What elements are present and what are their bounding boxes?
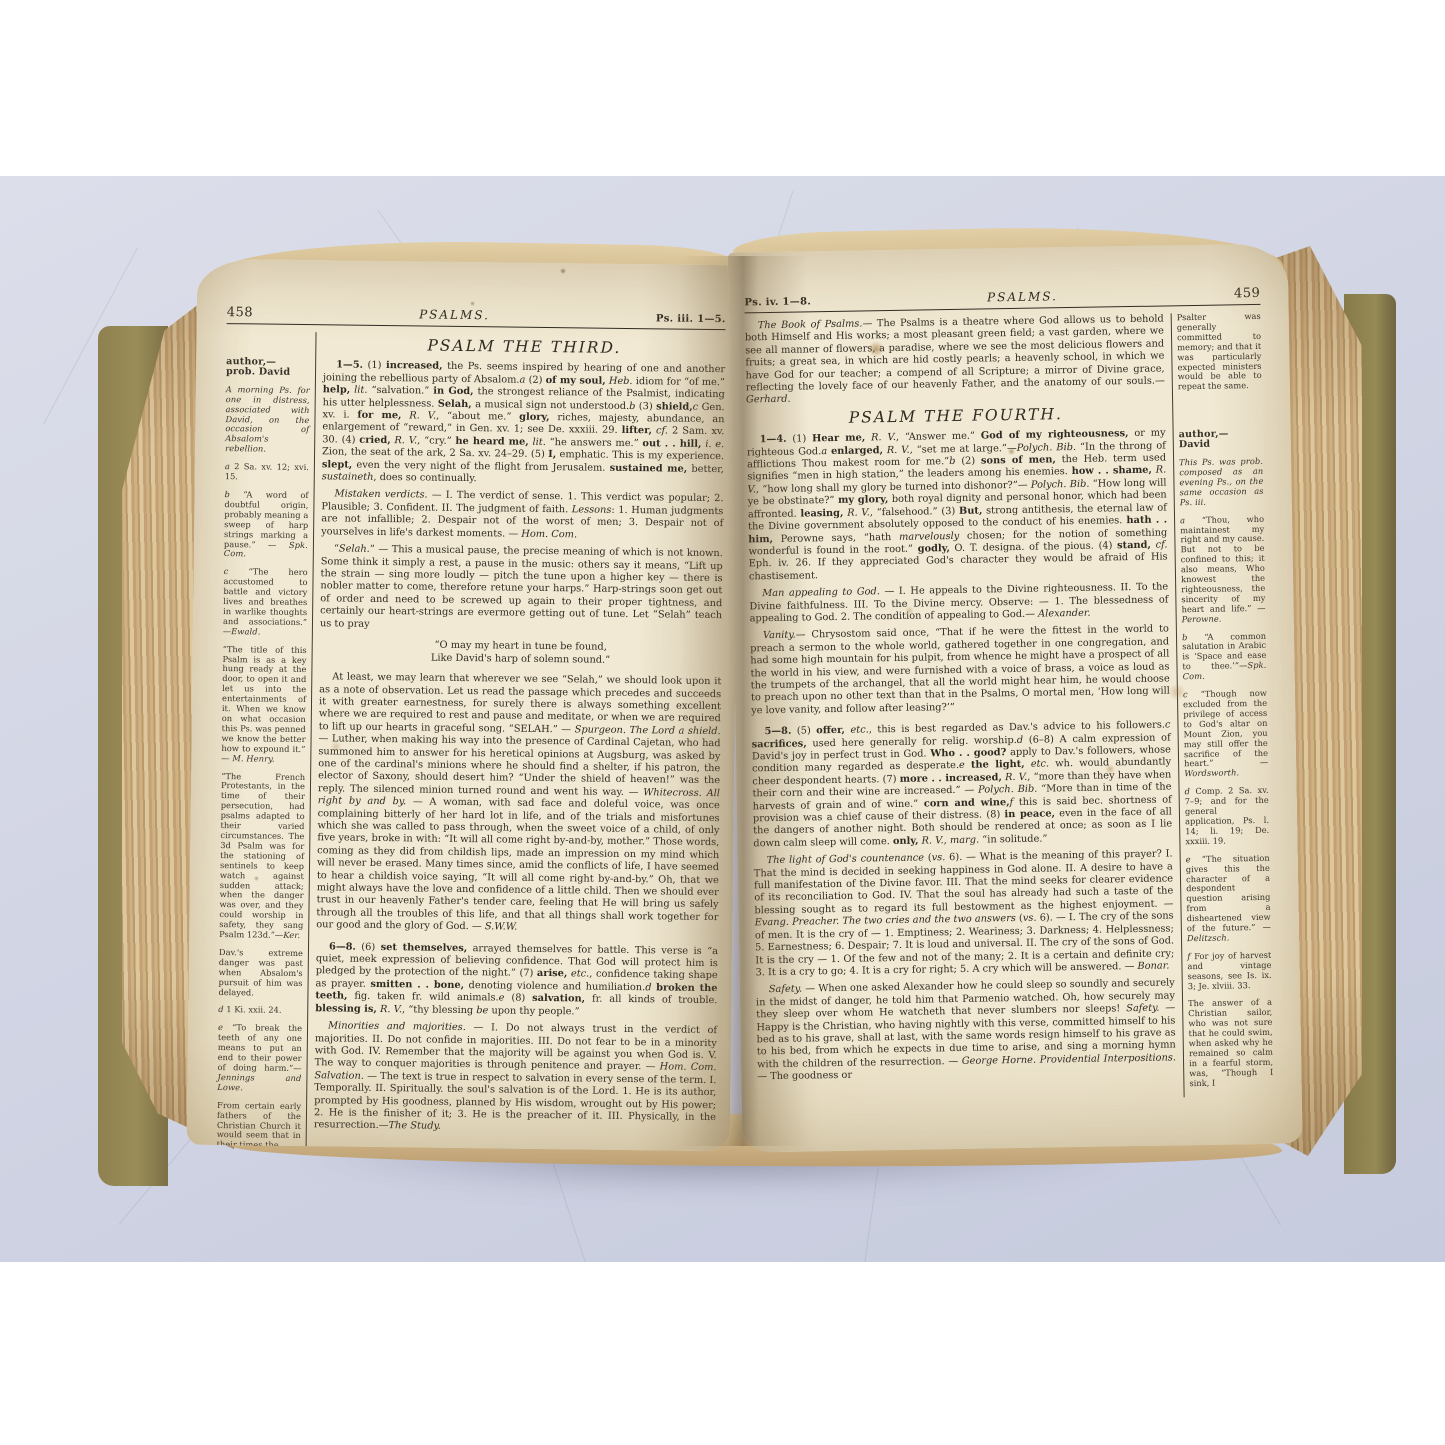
- commentary-paragraph: 6—8. (6) set themselves, arrayed themsel…: [315, 941, 718, 1020]
- margin-note: c “The hero accustomed to battle and vic…: [223, 567, 308, 637]
- margin-note: This Ps. was prob. composed as an evenin…: [1179, 457, 1264, 508]
- right-page: Ps. iv. 1—8. PSALMS. 459 The Book of Psa…: [728, 243, 1303, 1152]
- hymn-couplet: “O may my heart in tune be found, Like D…: [319, 638, 721, 668]
- commentary-paragraph: The light of God's countenance (vs. 6). …: [754, 849, 1175, 980]
- commentary-paragraph: 1—5. (1) increased, the Ps. seems inspir…: [322, 360, 725, 489]
- margin-note: The answer of a Christian sailor, who wa…: [1188, 998, 1273, 1089]
- margin-note: b “A common salutation in Arabic is ‘Spa…: [1182, 631, 1267, 682]
- page-number: 459: [1234, 286, 1261, 301]
- margin-note: f For joy of harvest and vintage seasons…: [1187, 951, 1272, 992]
- margin-note: d Comp. 2 Sa. xv. 7–9; and for the gener…: [1185, 786, 1270, 847]
- left-page-main-text: PSALM THE THIRD. 1—5. (1) increased, the…: [306, 332, 725, 1151]
- psalm-title-third: PSALM THE THIRD.: [323, 338, 725, 355]
- commentary-paragraph: Safety. — When one asked Alexander how h…: [756, 978, 1177, 1084]
- commentary-paragraph: Mistaken verdicts. — I. The verdict of s…: [321, 489, 724, 544]
- margin-note: c “Though now excluded from the privileg…: [1183, 689, 1268, 780]
- left-page: 458 PSALMS. Ps. iii. 1—5. author,—prob. …: [187, 259, 741, 1152]
- right-page-margin-notes: Psalter was generally committed to memor…: [1172, 312, 1274, 1097]
- commentary-paragraph: Minorities and majorities. — I. Do not a…: [314, 1020, 717, 1137]
- margin-note: e “To break the teeth of any one means t…: [217, 1023, 302, 1093]
- margin-note: e “The situation gives this the characte…: [1186, 853, 1271, 944]
- commentary-paragraph: “Selah.” — This a musical pause, the pre…: [320, 543, 723, 635]
- margin-note: From certain early fathers of the Christ…: [217, 1101, 302, 1152]
- margin-note: b “A word of doubtful origin, probably m…: [224, 490, 309, 560]
- psalm-title-fourth: PSALM THE FOURTH.: [746, 406, 1165, 425]
- margin-note: A morning Ps. for one in distress, assoc…: [225, 385, 310, 455]
- running-title: PSALMS.: [987, 289, 1058, 304]
- margin-note: a “Thou, who maintainest my right and my…: [1180, 514, 1266, 624]
- commentary-paragraph: Vanity.— Chrysostom said once, “That if …: [750, 624, 1170, 718]
- margin-note: a 2 Sa. xv. 12; xvi. 15.: [225, 462, 309, 483]
- section-ref: Ps. iii. 1—5.: [656, 313, 726, 325]
- margin-note: Dav.'s extreme danger was past when Absa…: [218, 948, 303, 999]
- section-ref: Ps. iv. 1—8.: [744, 296, 811, 308]
- commentary-paragraph: 5—8. (5) offer, etc., this is best regar…: [751, 720, 1172, 851]
- margin-note: Psalter was generally committed to memor…: [1177, 312, 1262, 393]
- margin-note: “The title of this Psalm is as a key hun…: [221, 645, 306, 765]
- margin-note-author: author,—prob. David: [226, 357, 310, 378]
- running-title: PSALMS.: [419, 307, 490, 322]
- margin-note-author: author,—David: [1179, 429, 1263, 450]
- commentary-paragraph: 1—4. (1) Hear me, R. V., “Answer me.” Go…: [747, 428, 1168, 584]
- page-number: 458: [227, 305, 254, 320]
- margin-note: “The French Protestants, in the time of …: [219, 772, 305, 941]
- commentary-paragraph: Man appealing to God. — I. He appeals to…: [749, 582, 1169, 626]
- left-page-margin-notes: author,—prob. David A morning Ps. for on…: [216, 331, 315, 1151]
- photo-background: 458 PSALMS. Ps. iii. 1—5. author,—prob. …: [0, 176, 1445, 1262]
- margin-note: d 1 Ki. xxii. 24.: [218, 1005, 302, 1016]
- book-of-psalms-intro: The Book of Psalms.— The Psalms is a the…: [745, 313, 1165, 407]
- right-page-main-text: The Book of Psalms.— The Psalms is a the…: [745, 313, 1184, 1104]
- commentary-paragraph: At least, we may learn that wherever we …: [316, 671, 721, 936]
